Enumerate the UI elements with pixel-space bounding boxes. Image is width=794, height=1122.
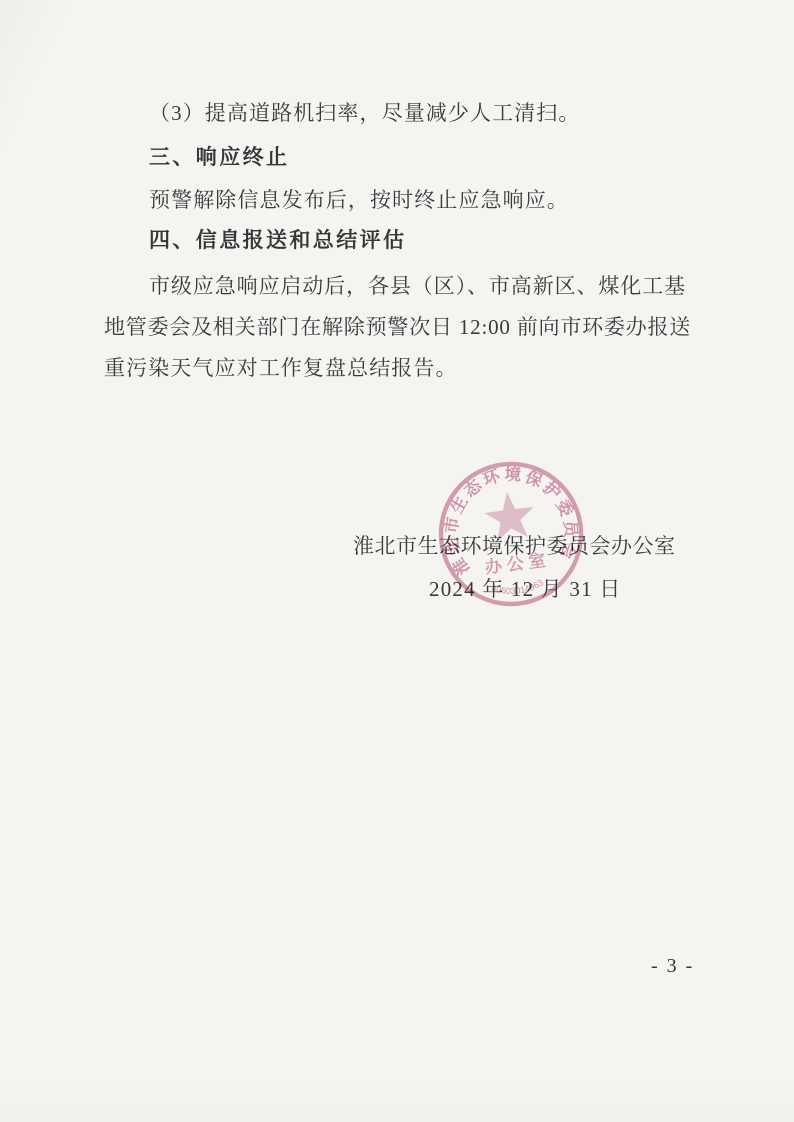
official-stamp: 淮北市生态环境保护委员会 办公室 40603014963 (427, 450, 594, 617)
paragraph-report-line-2: 地管委会及相关部门在解除预警次日 12:00 前向市环委办报送 (104, 315, 691, 340)
stamp-serial-number: 40603014963 (489, 577, 546, 599)
section-heading-4: 四、信息报送和总结评估 (104, 228, 406, 253)
section-heading-3: 三、响应终止 (104, 145, 289, 170)
page-number: - 3 - (651, 955, 694, 978)
paragraph-report-line-3: 重污染天气应对工作复盘总结报告。 (104, 356, 458, 381)
stamp-office-label: 办公室 (484, 549, 552, 577)
stamp-star-icon (482, 489, 537, 542)
document-page: （3）提高道路机扫率，尽量减少人工清扫。 三、响应终止 预警解除信息发布后，按时… (0, 0, 794, 1122)
stamp-serial-container: 40603014963 (489, 577, 546, 599)
paragraph-item-3: （3）提高道路机扫率，尽量减少人工清扫。 (104, 101, 581, 126)
paragraph-response-end: 预警解除信息发布后，按时终止应急响应。 (104, 188, 569, 213)
paragraph-report-line-1: 市级应急响应启动后，各县（区）、市高新区、煤化工基 (104, 274, 686, 299)
